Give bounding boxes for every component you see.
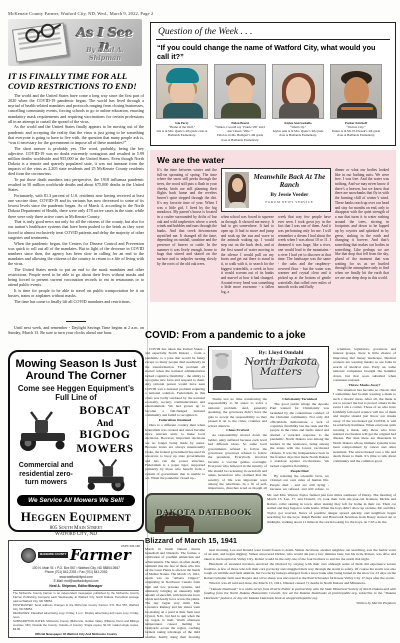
ranch-column-service: Forum News Service <box>252 200 327 204</box>
ad-description: Commercial and residential zero-turn mow… <box>15 462 77 487</box>
north-dakota-matters-logo: North Dakota Matters <box>233 358 329 378</box>
datebook-column-2: next morning, Lee and Donald were found … <box>204 548 396 639</box>
respondent-caption: Kiylee Ann Sackello “Small city.” Kiylee… <box>272 121 324 142</box>
eyeglasses-icon <box>18 21 64 45</box>
north-dakota-matters-box: By: Lloyd Omdahl North Dakota Matters <box>208 346 329 393</box>
editorial-paragraph: The world and the United States have com… <box>8 93 144 124</box>
question-of-week-title: Question of the Week . . . <box>156 26 390 40</box>
ad-address: 805 South Main Street Watford City, ND <box>15 525 137 539</box>
omdahl-column-3: Christianity Tarnished The good public i… <box>270 397 329 490</box>
masthead-official-line: Official Newspaper Of Watford City And M… <box>13 632 139 636</box>
ad-business-name: Heggen Equipment <box>15 509 137 525</box>
respondent-caption: Parker Kirchoff “Wolves City.” Parker is… <box>330 121 382 142</box>
water-column-3: creek that way few people have ever seen… <box>278 215 331 295</box>
editorial-paragraph: It is time for people to be able to trav… <box>8 288 144 298</box>
subhead-chaos-evolved: Chaos Evolved <box>208 428 267 432</box>
as-i-see-it-logo: As I See It By Neal A. Shipman <box>8 19 142 66</box>
editorial-headline: IT IS FINALLY TIME FOR ALL COVID RESTRIC… <box>8 72 144 91</box>
respondent-photo <box>156 64 208 119</box>
lloyd-omdahl-photo <box>212 350 232 390</box>
masthead-county-label: McKENZIE COUNTY <box>38 552 68 557</box>
question-of-week-box: Question of the Week . . . “If you could… <box>150 22 396 146</box>
masthead-editor: Neal A. Shipman, Editor/Manager <box>13 584 139 588</box>
subhead-throw-masks-away: Throw Masks Away? <box>333 383 396 387</box>
water-column-1: It’s the time between winter and the ful… <box>157 168 217 298</box>
water-column-4: dinner or what our bodies looked like in… <box>335 168 389 298</box>
question-of-week-question: “If you could change the name of Watford… <box>156 40 390 64</box>
editorial-paragraph: That is truly good news not only for all… <box>8 219 144 240</box>
ranch-column-header-box: Meanwhile Back At The Ranch By Jessie Ve… <box>221 168 331 212</box>
masthead-seal-icon <box>21 548 36 563</box>
editorial-body: The world and the United States have com… <box>8 93 144 318</box>
editorial-paragraph: To put those death numbers into perspect… <box>8 177 144 192</box>
ranch-column-title: Meanwhile Back At The Ranch <box>252 174 327 189</box>
respondent-caption: Isla Perry “Home of the Wolf.” Isla is i… <box>156 121 208 142</box>
newspaper-page: McKenzie County Farmer, Watford City, ND… <box>0 0 400 643</box>
editorial-paragraph: The United States needs to put an end to… <box>8 267 144 288</box>
dakota-datebook-logo-text: Dakota Datebook <box>147 507 261 517</box>
we-are-the-water-panel: We are the water It’s the time between w… <box>150 150 396 302</box>
datebook-headline: Blizzard of March 15, 1941 <box>145 536 315 545</box>
respondent-photo <box>330 64 382 119</box>
dakota-datebook-banner: Dakota Datebook <box>145 493 263 534</box>
zero-turn-mower-icon <box>15 410 73 452</box>
subhead-federalism-outdated: Federalism Outdated <box>145 418 205 422</box>
omdahl-column-4: scientists, legislators, governors and i… <box>333 347 396 490</box>
subhead-people-died: People Died <box>270 469 329 473</box>
ranch-column-byline: By Jessie Veeder <box>252 192 327 198</box>
section-divider <box>66 321 86 322</box>
respondent-photo <box>272 64 324 119</box>
omdahl-article-headline: COVID: From a pandemic to a joke <box>145 330 396 341</box>
water-heading: We are the water <box>157 155 389 165</box>
datebook-disclaimer: “Dakota Datebook” is a radio series from… <box>204 587 396 600</box>
ad-subtitle: Come see Heggen Equipment’s Full Line of <box>15 385 137 403</box>
newspaper-masthead-box: USPS 336-180 McKENZIE COUNTY Farmer 100 … <box>8 540 144 638</box>
omdahl-column-2: Trump lost no time transferring the resp… <box>208 397 267 490</box>
editorial-paragraph: The short answer is probably yes. The wo… <box>8 146 144 177</box>
editorial-paragraph: The time has come to finally lift all CO… <box>8 299 144 304</box>
jessie-veeder-photo <box>225 172 249 208</box>
respondent-photos-row <box>156 64 390 119</box>
masthead-contact: 100 N. Main St. • P.O. Box 567 • Watford… <box>13 566 139 583</box>
heggen-equipment-ad: Mowing Season Is Just Around The Corner … <box>8 350 144 532</box>
editorial-paragraph: When the pandemic began, the Centers for… <box>8 241 144 267</box>
subhead-christianity-tarnished: Christianity Tarnished <box>270 397 329 401</box>
page-running-header: McKenzie County Farmer, Watford City, ND… <box>8 11 153 16</box>
masthead-fine-print: The McKenzie County Farmer is an indepen… <box>13 590 139 632</box>
datebook-credit: Written by Merrill Piepkorn <box>204 601 396 605</box>
usps-number: USPS 336-180 <box>121 544 140 548</box>
respondent-photo <box>214 64 266 119</box>
column-logo-byline: By Neal A. Shipman <box>70 46 140 62</box>
datebook-column-1: March in North Dakota means basketball a… <box>145 547 200 639</box>
ad-brands: BOBCAT And BIGDOG MOWERS <box>73 405 137 457</box>
omdahl-column-1: COVID has taken the United States - and … <box>145 347 205 490</box>
editorial-paragraph: As the world and the United States final… <box>8 124 144 145</box>
ad-title: Mowing Season Is Just Around The Corner <box>15 358 137 383</box>
masthead-brand: Farmer <box>70 546 131 564</box>
respondent-captions-row: Isla Perry “Home of the Wolf.” Isla is i… <box>156 121 390 142</box>
ad-service-banner: We Service All Mowers We Sell! <box>17 495 135 506</box>
editorial-closing-note: Until next week, and remember - Daylight… <box>8 325 144 347</box>
editorial-paragraph: Fortunately, with 81.3 percent of U.S. r… <box>8 193 144 219</box>
respondent-caption: Eldon Beard “Winter, I would say ‘Prairi… <box>214 121 266 142</box>
water-column-2: when school was forced to squeeze us thr… <box>221 215 274 295</box>
zero-turn-mower-icon <box>77 458 133 492</box>
